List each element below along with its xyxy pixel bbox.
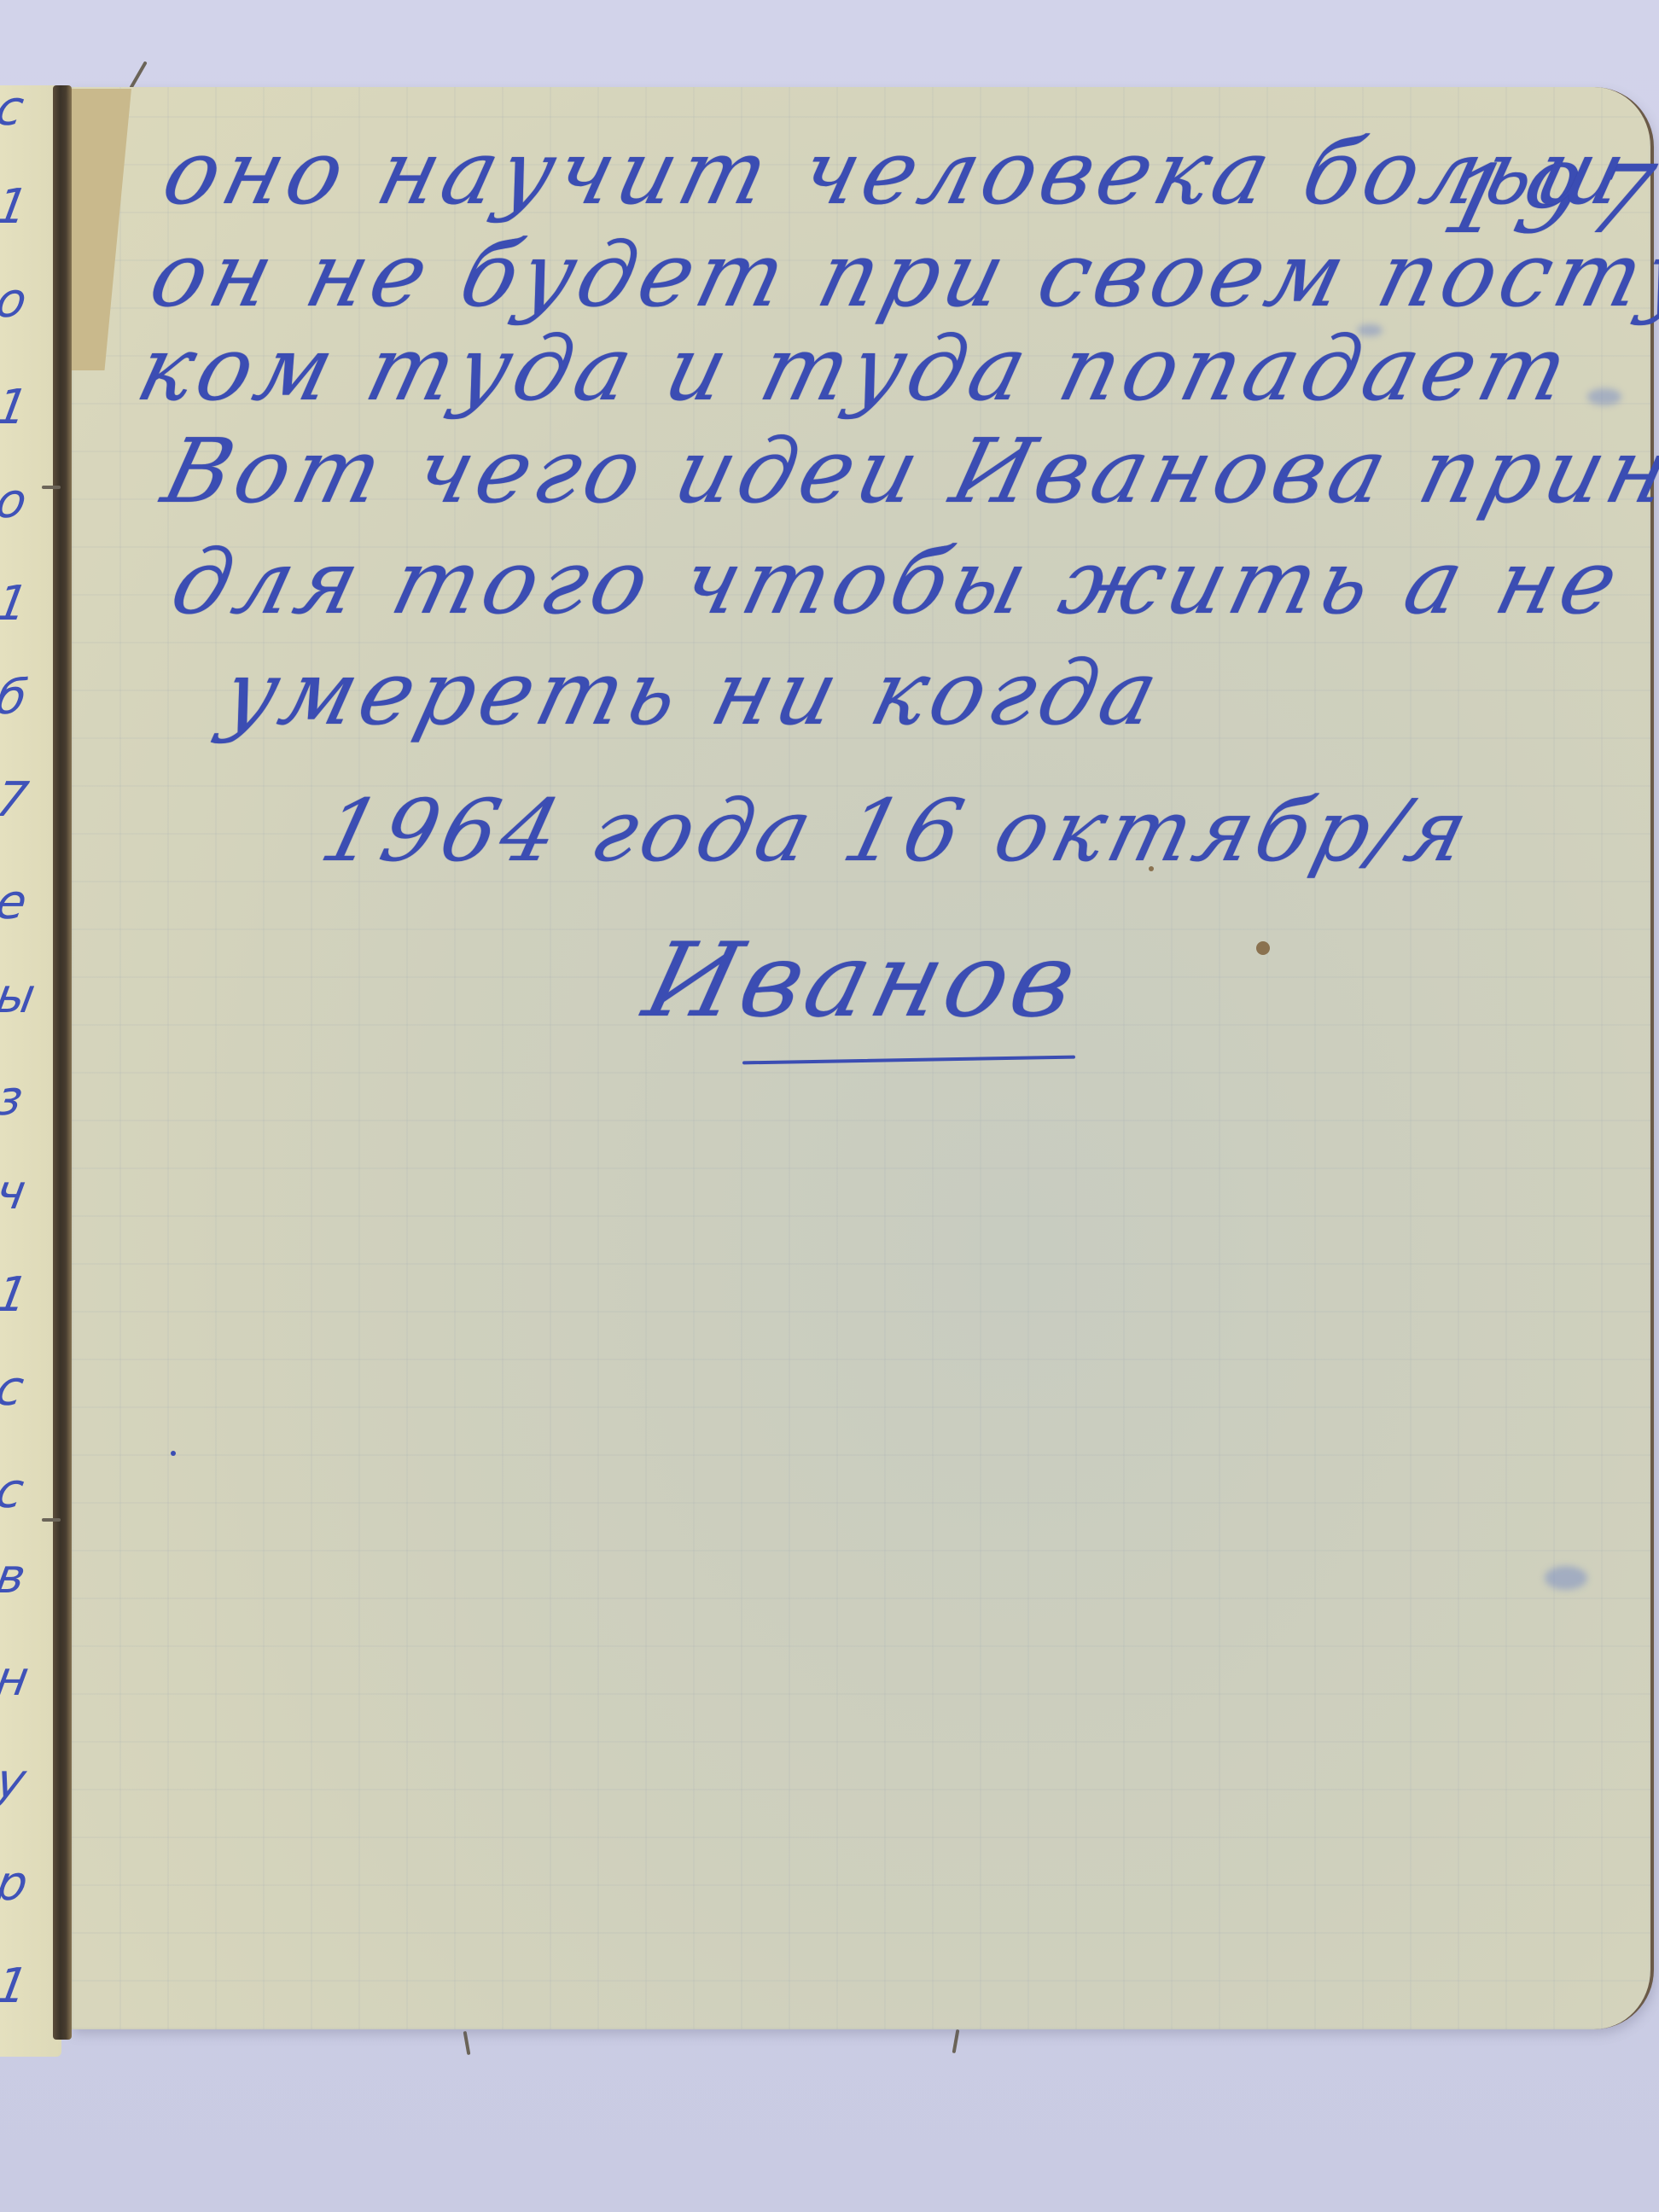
left-fragment: 1 <box>0 1272 32 1319</box>
left-fragment: в <box>0 1553 29 1601</box>
binding-thread <box>42 486 61 489</box>
left-page-text-fragments: с 1 о 1 о 1 б 7 е ы з ч 1 с с в н у р 1 <box>0 85 60 2048</box>
signature: Иванов <box>634 922 1093 1040</box>
ink-smudge <box>1545 1566 1587 1590</box>
left-fragment: у <box>0 1758 29 1806</box>
handwritten-line-4: Вот чего идеи Иванова принесло <box>155 427 1659 515</box>
paper-stain <box>1149 866 1154 871</box>
left-fragment: з <box>0 1075 26 1123</box>
left-fragment: р <box>0 1860 31 1908</box>
handwritten-line-1: оно научит человека больш <box>155 128 1639 217</box>
ink-smudge <box>1357 324 1382 336</box>
left-fragment: с <box>0 1365 27 1413</box>
left-fragment: ы <box>0 973 38 1021</box>
left-fragment: о <box>0 277 30 325</box>
notebook-binding <box>53 85 72 2040</box>
handwritten-line-3: ком туда и туда попадает <box>130 324 1580 413</box>
paper-stain <box>1256 941 1270 955</box>
handwritten-line-5: для того чтобы жить а не <box>164 538 1631 626</box>
loose-thread <box>129 61 147 89</box>
left-fragment: 1 <box>0 183 32 231</box>
left-fragment: 1 <box>0 1963 32 2011</box>
left-fragment: н <box>0 1656 32 1703</box>
loose-thread <box>463 2031 471 2055</box>
left-fragment: ч <box>0 1169 29 1217</box>
left-fragment: 7 <box>0 777 32 824</box>
loose-thread <box>952 2029 960 2053</box>
binding-thread <box>42 1518 61 1522</box>
left-fragment: с <box>0 1468 27 1516</box>
left-fragment: б <box>0 674 30 722</box>
handwritten-line-2: он не будет при своем поступ- <box>143 230 1659 319</box>
left-fragment: с <box>0 85 27 133</box>
left-fragment: 1 <box>0 384 32 432</box>
ink-smudge <box>1587 388 1621 405</box>
left-fragment: о <box>0 478 30 526</box>
handwritten-line-6: умереть ни когда <box>215 649 1171 737</box>
left-fragment: е <box>0 879 30 927</box>
left-fragment: 1 <box>0 580 32 628</box>
handwritten-date: 1964 года 16 октябр/я <box>311 781 1482 881</box>
ink-dot <box>171 1451 176 1456</box>
